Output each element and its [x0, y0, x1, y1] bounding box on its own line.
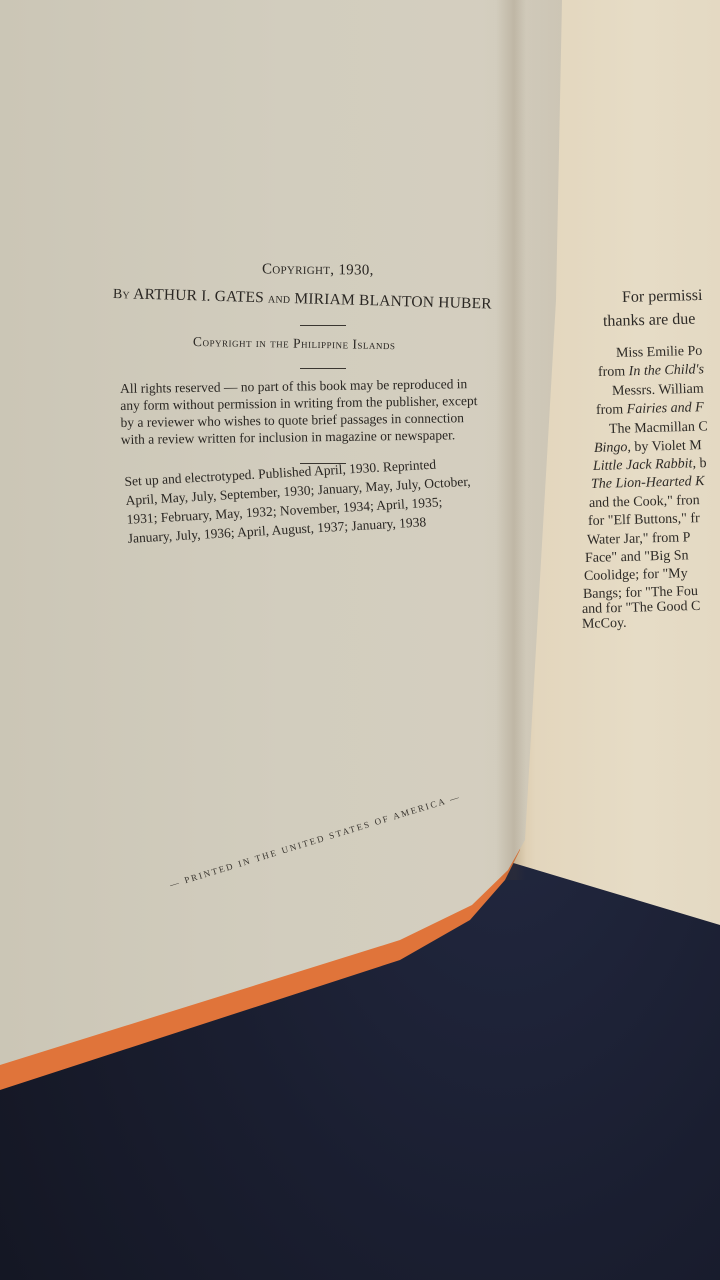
copyright-year: Copyright, 1930,	[262, 261, 374, 279]
facing-line: McCoy.	[582, 616, 627, 633]
facing-heading-line-1: For permissi	[622, 287, 703, 307]
divider	[300, 325, 346, 326]
rights-reserved-notice: All rights reserved — no part of this bo…	[120, 375, 486, 448]
facing-line: The Lion-Hearted K	[591, 474, 705, 493]
facing-line: from In the Child's	[598, 362, 704, 381]
facing-line: Water Jar," from P	[587, 530, 691, 549]
facing-line: from Fairies and F	[596, 400, 704, 419]
and-label: and	[268, 291, 291, 307]
facing-line: Little Jack Rabbit, b	[593, 456, 707, 475]
facing-line: The Macmillan C	[609, 419, 708, 438]
facing-line: and the Cook," fron	[589, 493, 700, 512]
by-label: By	[113, 287, 130, 302]
facing-heading-line-2: thanks are due	[603, 311, 696, 331]
book-photo: For permissi thanks are due Miss Emilie …	[0, 0, 720, 1280]
philippines-copyright: Copyright in the Philippine Islands	[193, 334, 396, 353]
facing-line: Messrs. William	[612, 382, 704, 400]
facing-line: for "Elf Buttons," fr	[588, 511, 700, 530]
facing-line: Miss Emilie Po	[616, 344, 703, 362]
facing-line: Bingo, by Violet M	[594, 438, 702, 457]
facing-line: Coolidge; for "My	[584, 566, 688, 585]
author-1: ARTHUR I. GATES	[133, 286, 264, 307]
facing-line: and for "The Good C	[582, 599, 701, 618]
facing-line: Face" and "Big Sn	[585, 548, 689, 567]
divider	[300, 368, 346, 369]
